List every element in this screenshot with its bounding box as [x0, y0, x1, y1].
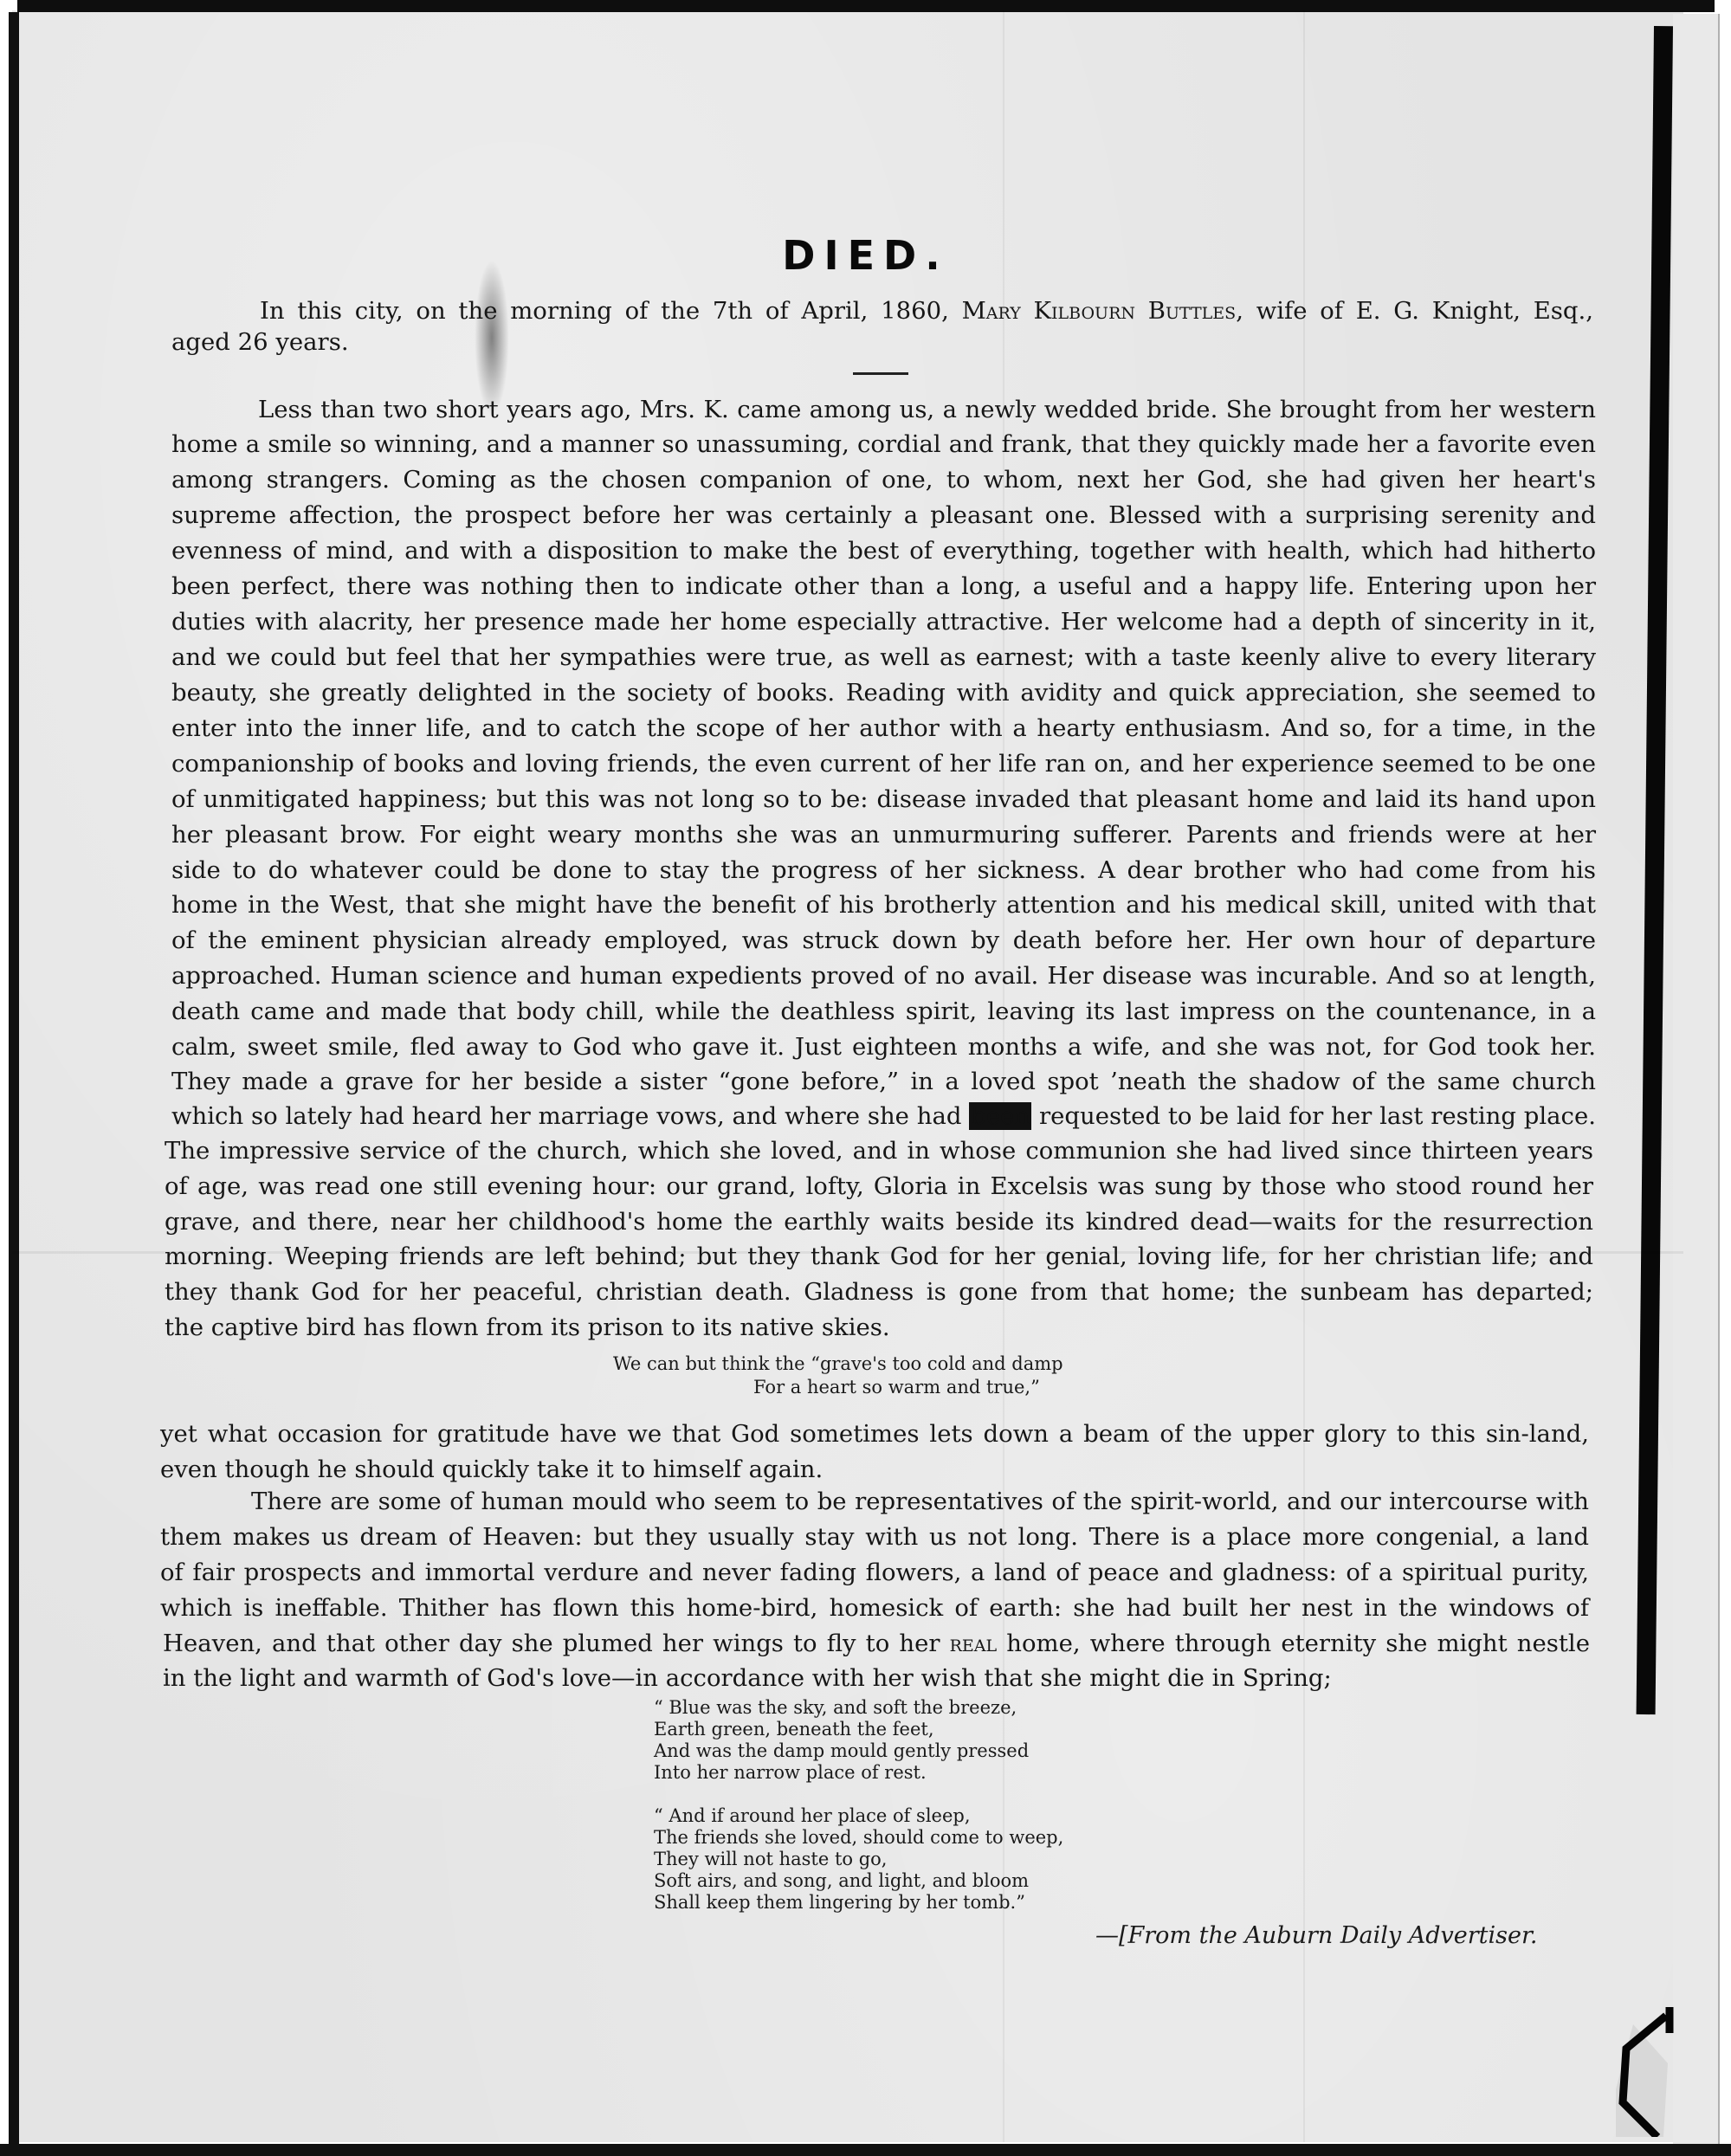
poem-line: Earth green, beneath the feet, — [654, 1719, 934, 1740]
notice-text: , wife of E. G. Knight, Esq., — [1236, 297, 1593, 325]
line-text: which so lately had heard her marriage v… — [171, 1102, 961, 1130]
poem-line: Shall keep them lingering by her tomb.” — [654, 1892, 1025, 1914]
emphasized-word: real — [950, 1630, 998, 1657]
inline-verse-line-2: For a heart so warm and true,” — [753, 1376, 1040, 1398]
body-line: There are some of human mould who seem t… — [251, 1484, 1589, 1519]
death-notice-line-1: In this city, on the morning of the 7th … — [260, 294, 1593, 328]
body-line: of the eminent physician already employe… — [171, 923, 1596, 958]
body-line-spring: in the light and warmth of God's love—in… — [163, 1661, 1375, 1695]
source-attribution: —[From the Auburn Daily Advertiser. — [1095, 1922, 1537, 1949]
body-line: home a smile so winning, and a manner so… — [171, 427, 1596, 462]
scan-border-bottom — [0, 2144, 1731, 2156]
body-line: home in the West, that she might have th… — [171, 888, 1596, 922]
body-line: enter into the inner life, and to catch … — [171, 711, 1596, 746]
body-line: companionship of books and loving friend… — [171, 746, 1596, 781]
body-line-real-home: Heaven, and that other day she plumed he… — [163, 1626, 1590, 1661]
body-line: morning. Weeping friends are left behind… — [165, 1239, 1593, 1274]
scan-border-left — [9, 12, 19, 2151]
body-line: supreme affection, the prospect before h… — [171, 498, 1596, 533]
body-line: Less than two short years ago, Mrs. K. c… — [258, 392, 1596, 427]
deceased-name: Mary Kilbourn Buttles — [962, 297, 1237, 325]
body-line: them makes us dream of Heaven: but they … — [160, 1520, 1589, 1554]
body-line: they thank God for her peaceful, christi… — [165, 1275, 1593, 1309]
poem-line: Soft airs, and song, and light, and bloo… — [654, 1870, 1029, 1892]
section-divider — [853, 372, 908, 375]
body-line: of age, was read one still evening hour:… — [165, 1169, 1593, 1204]
heading-died: DIED. — [0, 232, 1731, 279]
body-line: side to do whatever could be done to sta… — [171, 853, 1596, 888]
body-line: the captive bird has flown from its pris… — [165, 1310, 840, 1345]
page-edge-flap — [1673, 14, 1720, 2144]
body-line: evenness of mind, and with a disposition… — [171, 533, 1596, 568]
folded-corner-icon — [1616, 2007, 1676, 2137]
body-line: death came and made that body chill, whi… — [171, 994, 1596, 1029]
body-line: calm, sweet smile, fled away to God who … — [171, 1030, 1596, 1064]
notice-text: In this city, on the morning of the 7th … — [260, 297, 949, 325]
body-line: of fair prospects and immortal verdure a… — [160, 1555, 1589, 1590]
body-line: approached. Human science and human expe… — [171, 959, 1596, 993]
poem-line: “ Blue was the sky, and soft the breeze, — [654, 1697, 1017, 1719]
line-text: requested to be laid for her last restin… — [1039, 1102, 1596, 1130]
poem-line: “ And if around her place of sleep, — [654, 1805, 971, 1827]
body-line: yet what occasion for gratitude have we … — [160, 1417, 1589, 1451]
body-line: been perfect, there was nothing then to … — [171, 569, 1596, 604]
poem-line: Into her narrow place of rest. — [654, 1762, 927, 1784]
death-notice-line-2: aged 26 years. — [171, 325, 518, 359]
body-line: grave, and there, near her childhood's h… — [165, 1204, 1593, 1239]
poem-line: The friends she loved, should come to we… — [654, 1827, 1063, 1849]
body-line: among strangers. Coming as the chosen co… — [171, 462, 1596, 497]
poem-line: They will not haste to go, — [654, 1849, 887, 1870]
body-line: even though he should quickly take it to… — [160, 1452, 836, 1487]
inked-out-word: been — [969, 1102, 1031, 1130]
line-text: Heaven, and that other day she plumed he… — [163, 1630, 940, 1657]
scan-border-top — [17, 0, 1715, 12]
body-line: her pleasant brow. For eight weary month… — [171, 817, 1596, 852]
body-line: and we could but feel that her sympathie… — [171, 640, 1596, 675]
inline-verse-line-1: We can but think the “grave's too cold a… — [613, 1352, 1063, 1375]
body-line-vows: which so lately had heard her marriage v… — [171, 1099, 1596, 1133]
body-line: beauty, she greatly delighted in the soc… — [171, 675, 1596, 710]
body-line: of unmitigated happiness; but this was n… — [171, 782, 1596, 817]
poem-line: And was the damp mould gently pressed — [654, 1740, 1029, 1762]
body-line: The impressive service of the church, wh… — [165, 1133, 1593, 1168]
body-line: which is ineffable. Thither has flown th… — [160, 1591, 1589, 1625]
body-line: They made a grave for her beside a siste… — [171, 1064, 1596, 1099]
line-text: home, where through eternity she might n… — [1006, 1630, 1590, 1657]
body-line: duties with alacrity, her presence made … — [171, 604, 1596, 639]
